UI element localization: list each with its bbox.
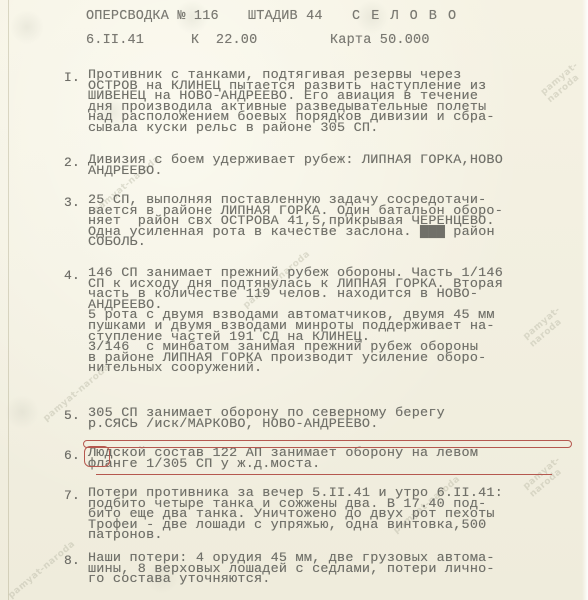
paragraph-number: 8. — [64, 553, 80, 568]
paper-edge-fold — [8, 0, 9, 600]
paragraph-line: го состава уточняются. — [88, 574, 495, 585]
watermark-label: pamyat-naroda — [539, 59, 588, 105]
paragraph-4: 4.146 СП занимает прежний рубеж обороны.… — [88, 268, 476, 374]
paragraph-number: 5. — [64, 408, 80, 423]
paragraph-1: I.Противник с танками, подтягивая резерв… — [88, 70, 468, 134]
watermark-emblem — [10, 10, 44, 44]
paragraph-5: 5.305 СП занимает оборону по северному б… — [88, 408, 422, 429]
paragraph-line: АНДРЕЕВО. — [88, 166, 503, 177]
watermark-label: pamyat-naroda — [522, 290, 587, 349]
red-underline — [96, 474, 552, 475]
paragraph-number: 6. — [64, 448, 80, 463]
paragraph-line: патронов. — [88, 530, 503, 541]
paragraph-line: СОБОЛЬ. — [88, 237, 503, 248]
paragraph-line: нительных сооружений. — [88, 363, 503, 374]
watermark-label: pamyat-naroda — [7, 539, 78, 600]
paragraph-8: 8.Наши потери: 4 орудия 45 мм, две грузо… — [88, 553, 468, 585]
paragraph-3: 3.25 СП, выполняя поставленную задачу со… — [88, 195, 476, 248]
paragraph-number: 4. — [64, 268, 80, 283]
map-scale: Карта 50.000 — [330, 33, 430, 48]
archival-document-page: pamyat-naroda pamyat-naroda pamyat-narod… — [0, 0, 588, 600]
report-location: С Е Л О В О — [352, 9, 458, 24]
report-time: К 22.00 — [191, 33, 257, 48]
report-title: ОПЕРСВОДКА № 116 — [86, 9, 219, 24]
paragraph-line: фланге 1/305 СП у ж.д.моста. — [88, 459, 478, 470]
paragraph-number: 3. — [64, 195, 80, 210]
watermark-label: pamyat-naroda — [522, 440, 587, 499]
paragraph-2: 2.Дивизия с боем удерживает рубеж: ЛИПНА… — [88, 155, 476, 176]
paragraph-6: 6.Людской состав 122 АП занимает оборону… — [88, 448, 453, 469]
paragraph-number: I. — [64, 70, 80, 85]
paper-right-edge — [582, 0, 588, 600]
paragraph-number: 7. — [64, 488, 80, 503]
watermark-emblem — [5, 395, 39, 429]
paragraph-line: Одна усиленная рота в качестве заслона. … — [88, 227, 503, 238]
division-hq: ШТАДИВ 44 — [248, 9, 323, 24]
paragraph-line: р.СЯСЬ /иск/МАРКОВО, НОВО-АНДРЕЕВО. — [88, 419, 445, 430]
report-date: 6.II.41 — [86, 33, 144, 48]
paragraph-number: 2. — [64, 155, 80, 170]
paragraph-line: сывала куски рельс в районе 305 СП. — [88, 123, 495, 134]
paragraph-7: 7.Потери противника за вечер 5.II.41 и у… — [88, 488, 476, 541]
